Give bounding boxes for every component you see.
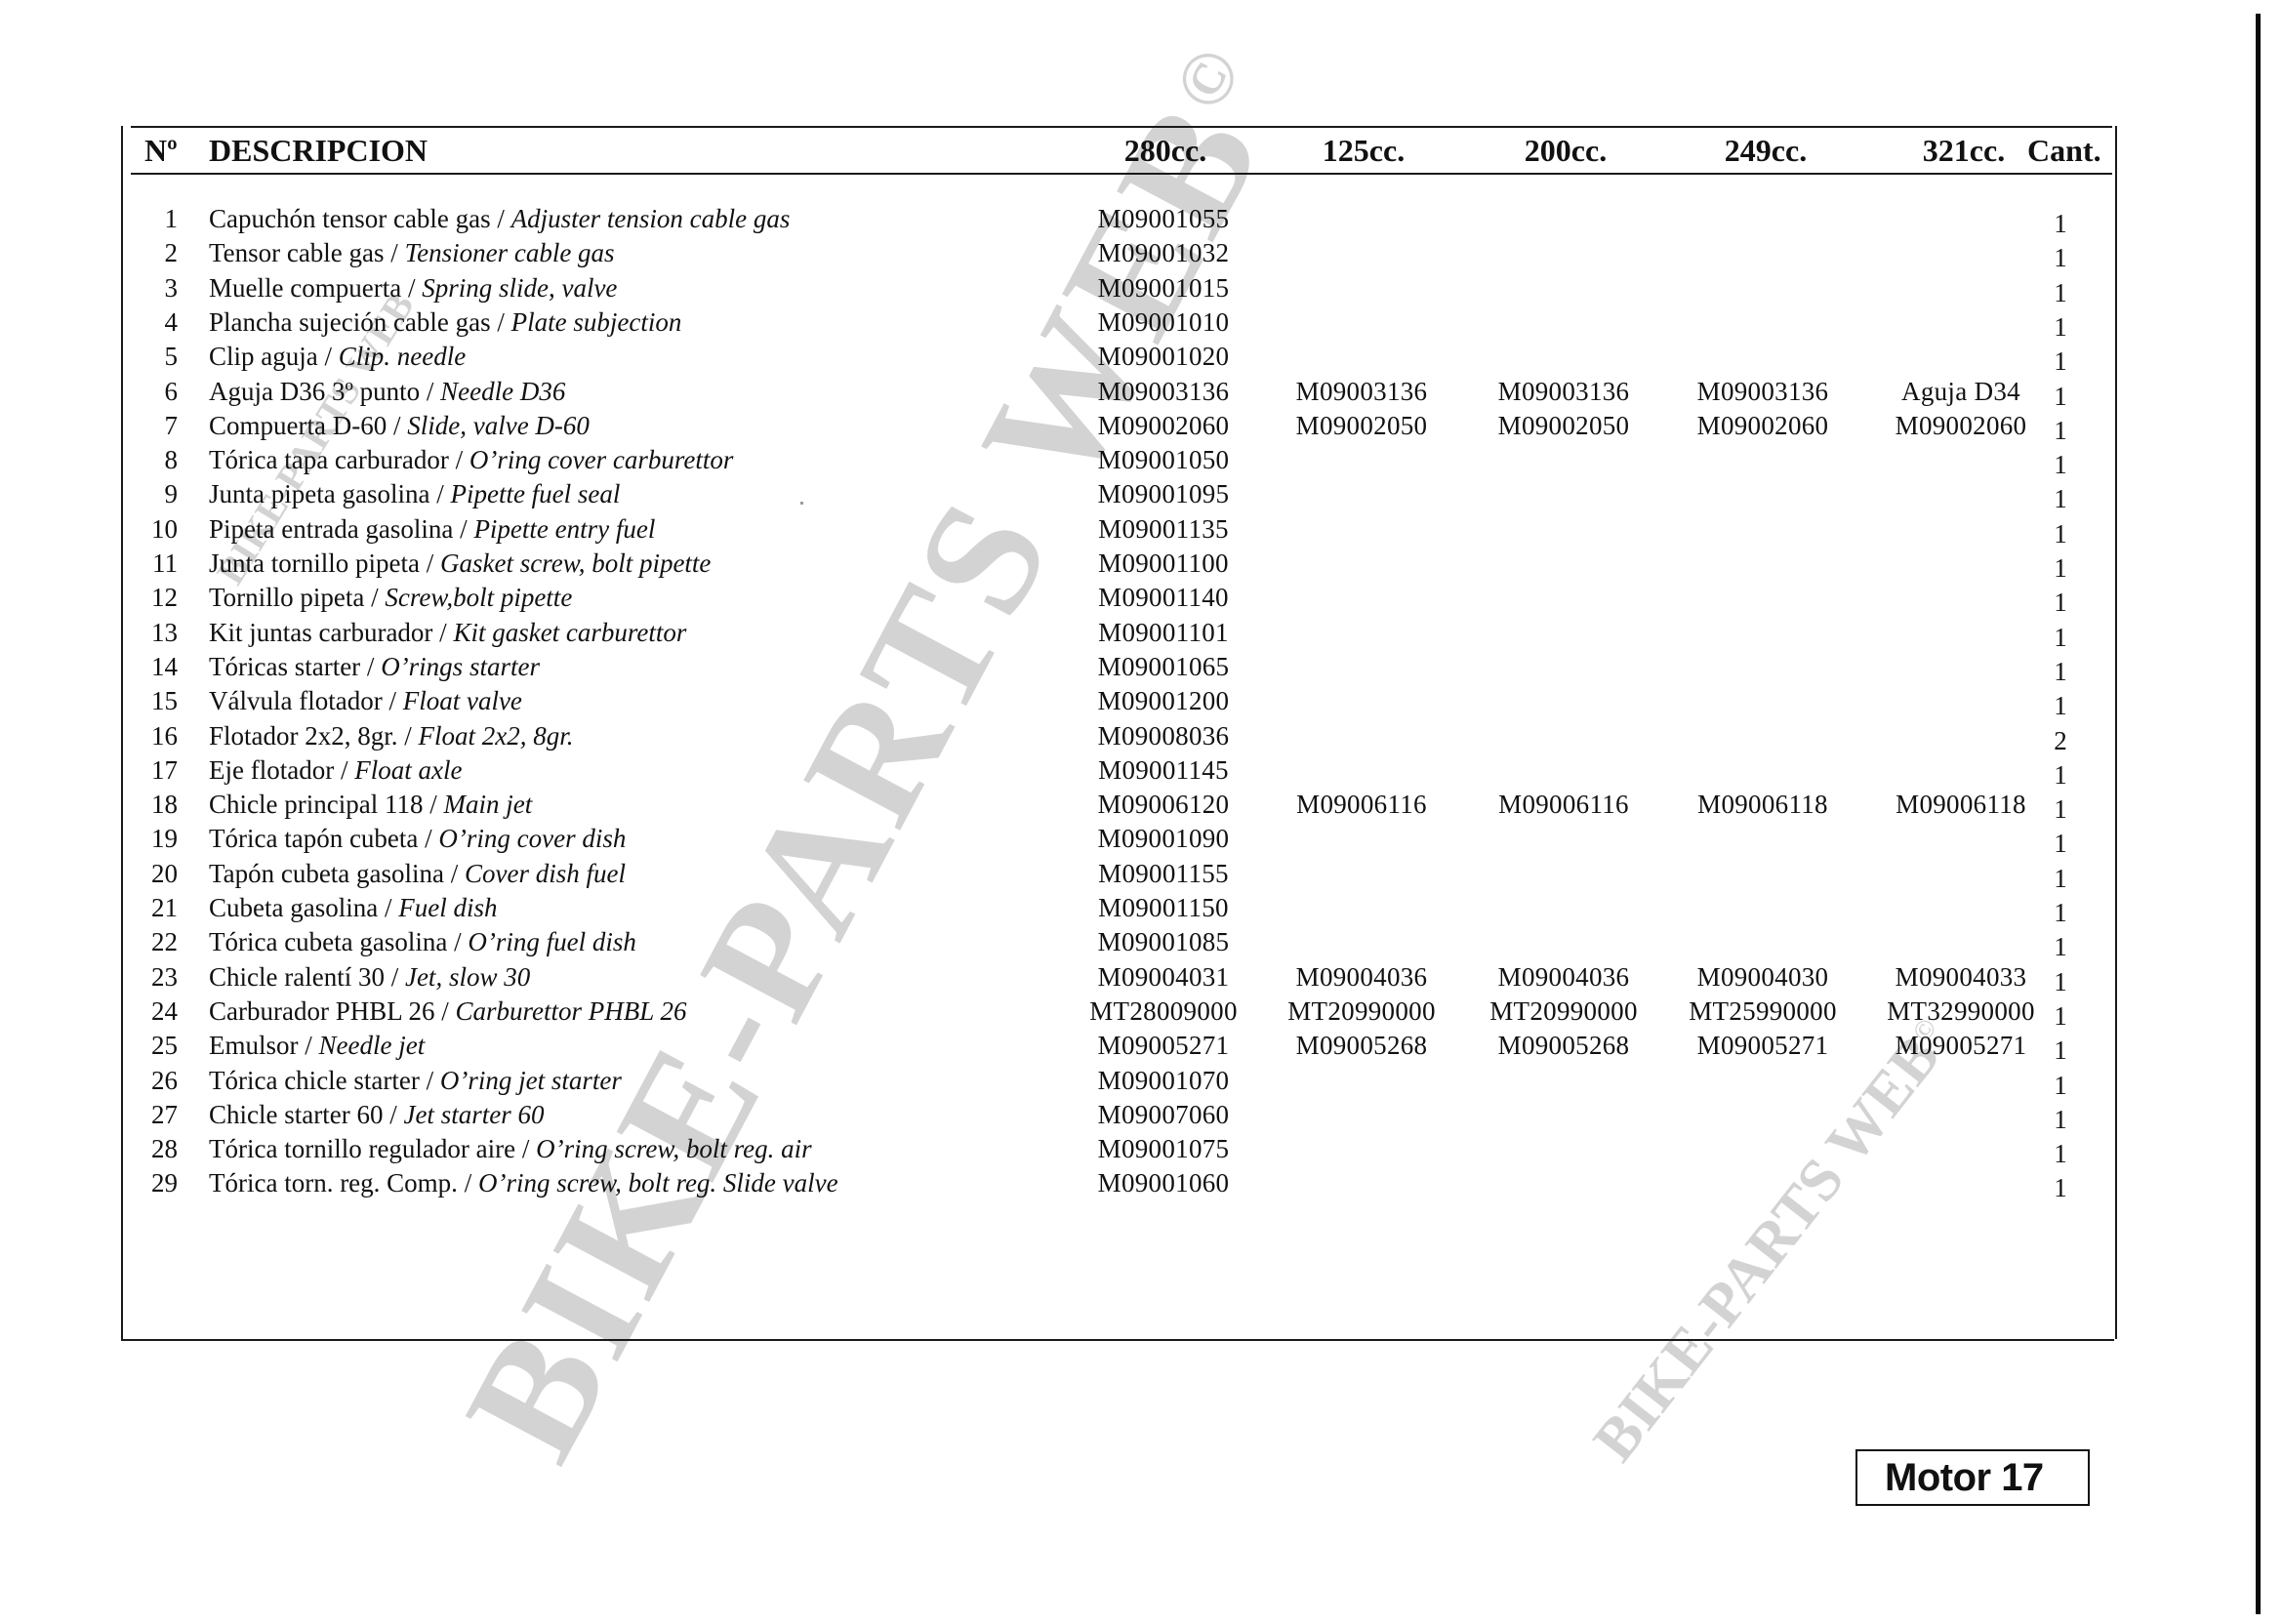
part-number-280cc: M09001095 bbox=[1066, 477, 1261, 511]
table-row: 22Tórica cubeta gasolina / O’ring fuel d… bbox=[131, 925, 2112, 959]
row-quantity: 1 bbox=[2041, 1171, 2080, 1205]
table-row: 4Plancha sujeción cable gas / Plate subj… bbox=[131, 305, 2112, 340]
part-number-280cc: M09003136 bbox=[1066, 375, 1261, 409]
table-row: 8Tórica tapa carburador / O’ring cover c… bbox=[131, 443, 2112, 477]
part-number-200cc: M09005268 bbox=[1466, 1029, 1661, 1063]
row-number: 27 bbox=[148, 1098, 178, 1132]
part-number-280cc: M09001065 bbox=[1066, 650, 1261, 684]
part-number-280cc: M09001075 bbox=[1066, 1132, 1261, 1166]
description-spanish: Pipeta entrada gasolina bbox=[209, 514, 453, 544]
row-description: Chicle principal 118 / Main jet bbox=[209, 788, 532, 822]
description-spanish: Tensor cable gas bbox=[209, 238, 385, 267]
part-number-200cc: MT20990000 bbox=[1466, 995, 1661, 1029]
description-spanish: Tórica torn. reg. Comp. bbox=[209, 1168, 458, 1198]
description-separator: / bbox=[299, 1031, 319, 1060]
table-row: 14Tóricas starter / O’rings starterM0900… bbox=[131, 650, 2112, 684]
description-spanish: Compuerta D-60 bbox=[209, 411, 387, 440]
table-row: 28Tórica tornillo regulador aire / O’rin… bbox=[131, 1132, 2112, 1166]
part-number-280cc: M09001145 bbox=[1066, 753, 1261, 788]
description-separator: / bbox=[398, 721, 419, 751]
table-row: 13Kit juntas carburador / Kit gasket car… bbox=[131, 616, 2112, 650]
part-number-280cc: M09001090 bbox=[1066, 822, 1261, 856]
part-number-280cc: M09005271 bbox=[1066, 1029, 1261, 1063]
description-separator: / bbox=[458, 1168, 478, 1198]
section-label: Motor 17 bbox=[1855, 1449, 2090, 1506]
description-separator: / bbox=[387, 411, 407, 440]
table-row: 25Emulsor / Needle jetM09005271M09005268… bbox=[131, 1029, 2112, 1063]
description-spanish: Clip aguja bbox=[209, 342, 318, 371]
row-description: Tórica tornillo regulador aire / O’ring … bbox=[209, 1132, 812, 1166]
description-english: Carburettor PHBL 26 bbox=[455, 996, 686, 1026]
row-description: Válvula flotador / Float valve bbox=[209, 684, 522, 718]
description-spanish: Tóricas starter bbox=[209, 652, 360, 681]
part-number-249cc: M09002060 bbox=[1665, 409, 1860, 443]
description-english: Screw,bolt pipette bbox=[385, 583, 572, 612]
part-number-249cc: M09004030 bbox=[1665, 960, 1860, 995]
table-row: 5Clip aguja / Clip. needleM090010201 bbox=[131, 340, 2112, 374]
row-number: 19 bbox=[148, 822, 178, 856]
description-english: O’rings starter bbox=[381, 652, 540, 681]
description-separator: / bbox=[383, 1100, 403, 1129]
part-number-280cc: M09006120 bbox=[1066, 788, 1261, 822]
description-english: Pipette fuel seal bbox=[450, 479, 620, 508]
table-row: 10Pipeta entrada gasolina / Pipette entr… bbox=[131, 512, 2112, 547]
description-separator: / bbox=[418, 824, 438, 853]
description-separator: / bbox=[334, 755, 354, 785]
part-number-280cc: M09001010 bbox=[1066, 305, 1261, 340]
table-row: 7Compuerta D-60 / Slide, valve D-60M0900… bbox=[131, 409, 2112, 443]
table-row: 9Junta pipeta gasolina / Pipette fuel se… bbox=[131, 477, 2112, 511]
row-number: 23 bbox=[148, 960, 178, 995]
row-number: 26 bbox=[148, 1064, 178, 1098]
description-separator: / bbox=[360, 652, 381, 681]
description-english: O’ring screw, bolt reg. Slide valve bbox=[478, 1168, 838, 1198]
row-description: Cubeta gasolina / Fuel dish bbox=[209, 891, 497, 925]
description-english: Jet starter 60 bbox=[403, 1100, 544, 1129]
description-english: Fuel dish bbox=[398, 893, 497, 922]
row-number: 9 bbox=[148, 477, 178, 511]
table-row: 21Cubeta gasolina / Fuel dishM090011501 bbox=[131, 891, 2112, 925]
description-spanish: Aguja D36 3º punto bbox=[209, 377, 420, 406]
table-row: 15Válvula flotador / Float valveM0900120… bbox=[131, 684, 2112, 718]
part-number-280cc: M09004031 bbox=[1066, 960, 1261, 995]
description-spanish: Tórica tapón cubeta bbox=[209, 824, 418, 853]
description-english: Plate subjection bbox=[511, 307, 682, 337]
row-number: 29 bbox=[148, 1166, 178, 1200]
part-number-280cc: M09001015 bbox=[1066, 271, 1261, 305]
description-separator: / bbox=[491, 204, 511, 233]
description-separator: / bbox=[378, 893, 398, 922]
table-row: 23Chicle ralentí 30 / Jet, slow 30M09004… bbox=[131, 960, 2112, 995]
row-description: Pipeta entrada gasolina / Pipette entry … bbox=[209, 512, 655, 547]
row-number: 15 bbox=[148, 684, 178, 718]
description-spanish: Tórica tapa carburador bbox=[209, 445, 449, 474]
part-number-200cc: M09004036 bbox=[1466, 960, 1661, 995]
description-english: O’ring cover carburettor bbox=[469, 445, 733, 474]
description-english: Jet, slow 30 bbox=[405, 962, 530, 992]
description-english: O’ring jet starter bbox=[440, 1066, 622, 1095]
description-english: Float valve bbox=[403, 686, 522, 715]
table-row: 2Tensor cable gas / Tensioner cable gasM… bbox=[131, 236, 2112, 270]
part-number-200cc: M09003136 bbox=[1466, 375, 1661, 409]
part-number-125cc: M09004036 bbox=[1264, 960, 1459, 995]
description-separator: / bbox=[420, 1066, 440, 1095]
row-number: 25 bbox=[148, 1029, 178, 1063]
description-english: Float 2x2, 8gr. bbox=[419, 721, 574, 751]
row-description: Chicle ralentí 30 / Jet, slow 30 bbox=[209, 960, 530, 995]
description-english: Gasket screw, bolt pipette bbox=[440, 548, 711, 578]
description-separator: / bbox=[434, 996, 455, 1026]
row-number: 24 bbox=[148, 995, 178, 1029]
part-number-321cc: M09004033 bbox=[1863, 960, 2059, 995]
description-english: Needle D36 bbox=[440, 377, 565, 406]
part-number-125cc: M09006116 bbox=[1264, 788, 1459, 822]
table-row: 11Junta tornillo pipeta / Gasket screw, … bbox=[131, 547, 2112, 581]
description-english: Slide, valve D-60 bbox=[407, 411, 590, 440]
row-description: Kit juntas carburador / Kit gasket carbu… bbox=[209, 616, 686, 650]
description-english: Kit gasket carburettor bbox=[453, 618, 686, 647]
description-spanish: Emulsor bbox=[209, 1031, 299, 1060]
description-spanish: Chicle principal 118 bbox=[209, 790, 423, 819]
part-number-125cc: M09005268 bbox=[1264, 1029, 1459, 1063]
header-col-249cc: 249cc. bbox=[1668, 128, 1863, 173]
row-description: Tórica chicle starter / O’ring jet start… bbox=[209, 1064, 622, 1098]
row-description: Tórica tapón cubeta / O’ring cover dish bbox=[209, 822, 626, 856]
table-row: 1Capuchón tensor cable gas / Adjuster te… bbox=[131, 202, 2112, 236]
row-number: 16 bbox=[148, 719, 178, 753]
part-number-249cc: M09003136 bbox=[1665, 375, 1860, 409]
row-number: 12 bbox=[148, 581, 178, 615]
row-number: 11 bbox=[148, 547, 178, 581]
description-spanish: Tórica tornillo regulador aire bbox=[209, 1134, 515, 1163]
table-row: 16Flotador 2x2, 8gr. / Float 2x2, 8gr.M0… bbox=[131, 719, 2112, 753]
part-number-125cc: M09002050 bbox=[1264, 409, 1459, 443]
row-description: Carburador PHBL 26 / Carburettor PHBL 26 bbox=[209, 995, 687, 1029]
row-number: 21 bbox=[148, 891, 178, 925]
row-description: Tensor cable gas / Tensioner cable gas bbox=[209, 236, 615, 270]
part-number-280cc: M09001150 bbox=[1066, 891, 1261, 925]
row-description: Tapón cubeta gasolina / Cover dish fuel bbox=[209, 857, 626, 891]
part-number-249cc: M09005271 bbox=[1665, 1029, 1860, 1063]
row-description: Tornillo pipeta / Screw,bolt pipette bbox=[209, 581, 572, 615]
description-spanish: Tórica cubeta gasolina bbox=[209, 927, 447, 956]
part-number-321cc: M09006118 bbox=[1863, 788, 2059, 822]
row-description: Muelle compuerta / Spring slide, valve bbox=[209, 271, 617, 305]
row-number: 14 bbox=[148, 650, 178, 684]
part-number-280cc: M09008036 bbox=[1066, 719, 1261, 753]
row-description: Clip aguja / Clip. needle bbox=[209, 340, 466, 374]
row-number: 4 bbox=[148, 305, 178, 340]
part-number-280cc: M09001200 bbox=[1066, 684, 1261, 718]
row-description: Compuerta D-60 / Slide, valve D-60 bbox=[209, 409, 590, 443]
description-spanish: Tórica chicle starter bbox=[209, 1066, 420, 1095]
description-english: Clip. needle bbox=[339, 342, 466, 371]
description-separator: / bbox=[383, 686, 403, 715]
description-separator: / bbox=[444, 859, 465, 888]
part-number-280cc: M09001155 bbox=[1066, 857, 1261, 891]
description-english: Main jet bbox=[443, 790, 532, 819]
description-separator: / bbox=[420, 377, 440, 406]
part-number-200cc: M09006116 bbox=[1466, 788, 1661, 822]
description-english: O’ring screw, bolt reg. air bbox=[536, 1134, 812, 1163]
part-number-280cc: M09001085 bbox=[1066, 925, 1261, 959]
row-description: Emulsor / Needle jet bbox=[209, 1029, 425, 1063]
row-number: 22 bbox=[148, 925, 178, 959]
scan-speck bbox=[800, 502, 803, 505]
description-spanish: Flotador 2x2, 8gr. bbox=[209, 721, 398, 751]
description-spanish: Tapón cubeta gasolina bbox=[209, 859, 444, 888]
row-number: 2 bbox=[148, 236, 178, 270]
row-number: 13 bbox=[148, 616, 178, 650]
description-spanish: Válvula flotador bbox=[209, 686, 383, 715]
description-separator: / bbox=[429, 479, 450, 508]
row-description: Flotador 2x2, 8gr. / Float 2x2, 8gr. bbox=[209, 719, 574, 753]
table-row: 12Tornillo pipeta / Screw,bolt pipetteM0… bbox=[131, 581, 2112, 615]
row-number: 20 bbox=[148, 857, 178, 891]
description-separator: / bbox=[385, 238, 405, 267]
row-description: Tórica tapa carburador / O’ring cover ca… bbox=[209, 443, 733, 477]
row-number: 6 bbox=[148, 375, 178, 409]
table-row: 20Tapón cubeta gasolina / Cover dish fue… bbox=[131, 857, 2112, 891]
description-english: Tensioner cable gas bbox=[405, 238, 615, 267]
description-english: Pipette entry fuel bbox=[473, 514, 655, 544]
table-row: 3Muelle compuerta / Spring slide, valveM… bbox=[131, 271, 2112, 305]
table-row: 17Eje flotador / Float axleM090011451 bbox=[131, 753, 2112, 788]
part-number-280cc: M09001060 bbox=[1066, 1166, 1261, 1200]
description-separator: / bbox=[364, 583, 385, 612]
description-spanish: Chicle starter 60 bbox=[209, 1100, 383, 1129]
description-spanish: Plancha sujeción cable gas bbox=[209, 307, 491, 337]
description-english: O’ring cover dish bbox=[438, 824, 626, 853]
table-row: 26Tórica chicle starter / O’ring jet sta… bbox=[131, 1064, 2112, 1098]
description-separator: / bbox=[432, 618, 453, 647]
description-spanish: Chicle ralentí 30 bbox=[209, 962, 385, 992]
part-number-125cc: MT20990000 bbox=[1264, 995, 1459, 1029]
description-english: O’ring fuel dish bbox=[468, 927, 636, 956]
description-spanish: Kit juntas carburador bbox=[209, 618, 432, 647]
row-number: 17 bbox=[148, 753, 178, 788]
row-number: 5 bbox=[148, 340, 178, 374]
table-row: 29Tórica torn. reg. Comp. / O’ring screw… bbox=[131, 1166, 2112, 1200]
description-spanish: Carburador PHBL 26 bbox=[209, 996, 434, 1026]
description-english: Spring slide, valve bbox=[422, 273, 617, 303]
description-english: Needle jet bbox=[319, 1031, 426, 1060]
part-number-249cc: M09006118 bbox=[1665, 788, 1860, 822]
description-separator: / bbox=[515, 1134, 536, 1163]
page-edge-line bbox=[2256, 14, 2261, 1614]
description-spanish: Muelle compuerta bbox=[209, 273, 401, 303]
row-number: 8 bbox=[148, 443, 178, 477]
description-spanish: Junta tornillo pipeta bbox=[209, 548, 420, 578]
part-number-280cc: M09001100 bbox=[1066, 547, 1261, 581]
row-description: Eje flotador / Float axle bbox=[209, 753, 462, 788]
row-number: 28 bbox=[148, 1132, 178, 1166]
part-number-280cc: MT28009000 bbox=[1066, 995, 1261, 1029]
part-number-280cc: M09001050 bbox=[1066, 443, 1261, 477]
description-separator: / bbox=[385, 962, 405, 992]
part-number-321cc: MT32990000 bbox=[1863, 995, 2059, 1029]
header-description: DESCRIPCION bbox=[209, 128, 428, 173]
header-col-280cc: 280cc. bbox=[1068, 128, 1263, 173]
description-separator: / bbox=[401, 273, 422, 303]
row-description: Chicle starter 60 / Jet starter 60 bbox=[209, 1098, 544, 1132]
description-english: Float axle bbox=[354, 755, 462, 785]
part-number-280cc: M09001070 bbox=[1066, 1064, 1261, 1098]
row-description: Plancha sujeción cable gas / Plate subje… bbox=[209, 305, 681, 340]
header-col-200cc: 200cc. bbox=[1468, 128, 1663, 173]
row-number: 18 bbox=[148, 788, 178, 822]
table-row: 6Aguja D36 3º punto / Needle D36M0900313… bbox=[131, 375, 2112, 409]
description-spanish: Capuchón tensor cable gas bbox=[209, 204, 491, 233]
row-description: Tórica cubeta gasolina / O’ring fuel dis… bbox=[209, 925, 636, 959]
description-separator: / bbox=[491, 307, 511, 337]
description-spanish: Tornillo pipeta bbox=[209, 583, 364, 612]
table-header: Nº DESCRIPCION 280cc. 125cc. 200cc. 249c… bbox=[131, 126, 2112, 175]
description-separator: / bbox=[420, 548, 440, 578]
part-number-249cc: MT25990000 bbox=[1665, 995, 1860, 1029]
table-row: 18Chicle principal 118 / Main jetM090061… bbox=[131, 788, 2112, 822]
part-number-280cc: M09001101 bbox=[1066, 616, 1261, 650]
description-separator: / bbox=[423, 790, 443, 819]
part-number-321cc: M09002060 bbox=[1863, 409, 2059, 443]
description-separator: / bbox=[447, 927, 468, 956]
row-description: Junta pipeta gasolina / Pipette fuel sea… bbox=[209, 477, 620, 511]
description-separator: / bbox=[449, 445, 469, 474]
part-number-200cc: M09002050 bbox=[1466, 409, 1661, 443]
part-number-280cc: M09001140 bbox=[1066, 581, 1261, 615]
description-spanish: Cubeta gasolina bbox=[209, 893, 378, 922]
row-description: Capuchón tensor cable gas / Adjuster ten… bbox=[209, 202, 790, 236]
table-row: 27Chicle starter 60 / Jet starter 60M090… bbox=[131, 1098, 2112, 1132]
description-separator: / bbox=[453, 514, 473, 544]
description-spanish: Eje flotador bbox=[209, 755, 334, 785]
description-spanish: Junta pipeta gasolina bbox=[209, 479, 429, 508]
part-number-125cc: M09003136 bbox=[1264, 375, 1459, 409]
row-number: 7 bbox=[148, 409, 178, 443]
part-number-280cc: M09001135 bbox=[1066, 512, 1261, 547]
row-description: Aguja D36 3º punto / Needle D36 bbox=[209, 375, 565, 409]
header-quantity: Cant. bbox=[2027, 128, 2101, 173]
table-right-border bbox=[2115, 126, 2117, 1339]
part-number-280cc: M09001032 bbox=[1066, 236, 1261, 270]
description-english: Adjuster tension cable gas bbox=[511, 204, 791, 233]
row-number: 3 bbox=[148, 271, 178, 305]
part-number-280cc: M09001020 bbox=[1066, 340, 1261, 374]
part-number-321cc: M09005271 bbox=[1863, 1029, 2059, 1063]
header-col-125cc: 125cc. bbox=[1266, 128, 1461, 173]
table-row: 24Carburador PHBL 26 / Carburettor PHBL … bbox=[131, 995, 2112, 1029]
description-english: Cover dish fuel bbox=[465, 859, 626, 888]
row-description: Tórica torn. reg. Comp. / O’ring screw, … bbox=[209, 1166, 838, 1200]
part-number-280cc: M09001055 bbox=[1066, 202, 1261, 236]
row-description: Junta tornillo pipeta / Gasket screw, bo… bbox=[209, 547, 711, 581]
part-number-321cc: Aguja D34 bbox=[1863, 375, 2059, 409]
row-number: 10 bbox=[148, 512, 178, 547]
table-row: 19Tórica tapón cubeta / O’ring cover dis… bbox=[131, 822, 2112, 856]
header-no: Nº bbox=[144, 128, 178, 173]
row-description: Tóricas starter / O’rings starter bbox=[209, 650, 540, 684]
part-number-280cc: M09002060 bbox=[1066, 409, 1261, 443]
part-number-280cc: M09007060 bbox=[1066, 1098, 1261, 1132]
description-separator: / bbox=[318, 342, 339, 371]
row-number: 1 bbox=[148, 202, 178, 236]
